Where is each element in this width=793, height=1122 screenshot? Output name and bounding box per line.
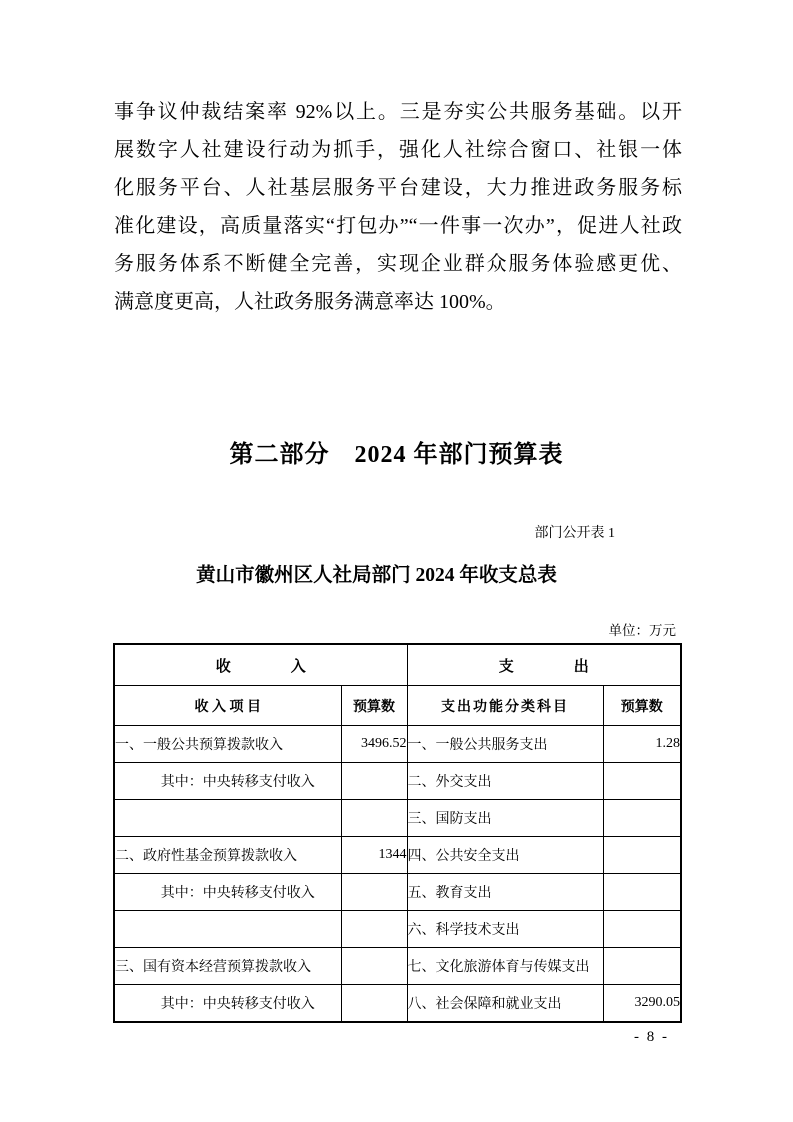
table-disclosure-label: 部门公开表 1 (535, 522, 616, 542)
expense-label-cell: 七、文化旅游体育与传媒支出 (407, 948, 603, 985)
income-value-cell (341, 874, 407, 911)
table-row: 其中：中央转移支付收入 二、外交支出 (114, 763, 681, 800)
page-number: - 8 - (634, 1029, 669, 1046)
income-label-cell: 一、一般公共预算拨款收入 (114, 726, 341, 763)
unit-note: 单位：万元 (609, 619, 677, 639)
table-row: 三、国防支出 (114, 800, 681, 837)
income-label-cell: 三、国有资本经营预算拨款收入 (114, 948, 341, 985)
expense-label-cell: 四、公共安全支出 (407, 837, 603, 874)
body-paragraph: 事争议仲裁结案率 92%以上。三是夯实公共服务基础。以开 展数字人社建设行动为抓… (114, 93, 682, 321)
paragraph-line: 化服务平台、人社基层服务平台建设，大力推进政务服务标 (114, 169, 682, 207)
income-label-cell: 其中：中央转移支付收入 (114, 985, 341, 1023)
section-heading: 第二部分 2024 年部门预算表 (0, 434, 793, 469)
paragraph-line: 展数字人社建设行动为抓手，强化人社综合窗口、社银一体 (114, 131, 682, 169)
table-row: 一、一般公共预算拨款收入 3496.52 一、一般公共服务支出 1.28 (114, 726, 681, 763)
expense-label-cell: 五、教育支出 (407, 874, 603, 911)
expense-value-cell (603, 948, 681, 985)
paragraph-line: 准化建设，高质量落实“打包办”“一件事一次办”，促进人社政 (114, 207, 682, 245)
income-label-cell: 其中：中央转移支付收入 (114, 763, 341, 800)
table-row: 其中：中央转移支付收入 八、社会保障和就业支出 3290.05 (114, 985, 681, 1023)
expense-label-cell: 三、国防支出 (407, 800, 603, 837)
income-label-cell: 其中：中央转移支付收入 (114, 874, 341, 911)
income-value-cell (341, 911, 407, 948)
expense-value-cell (603, 874, 681, 911)
income-label-cell: 二、政府性基金预算拨款收入 (114, 837, 341, 874)
expense-label-cell: 二、外交支出 (407, 763, 603, 800)
income-value-cell (341, 985, 407, 1023)
table-row: 三、国有资本经营预算拨款收入 七、文化旅游体育与传媒支出 (114, 948, 681, 985)
expense-value-cell (603, 911, 681, 948)
expense-label-cell: 一、一般公共服务支出 (407, 726, 603, 763)
expense-group-header: 支 出 (407, 644, 681, 686)
income-label-cell (114, 911, 341, 948)
paragraph-line: 务服务体系不断健全完善，实现企业群众服务体验感更优、 (114, 245, 682, 283)
expense-value-cell (603, 837, 681, 874)
income-label-cell (114, 800, 341, 837)
column-header-row: 收 入 项 目 预算数 支出功能分类科目 预算数 (114, 686, 681, 726)
table-row: 六、科学技术支出 (114, 911, 681, 948)
group-header-row: 收 入 支 出 (114, 644, 681, 686)
income-group-header: 收 入 (114, 644, 407, 686)
paragraph-line: 事争议仲裁结案率 92%以上。三是夯实公共服务基础。以开 (114, 93, 682, 131)
income-value-cell (341, 948, 407, 985)
table-row: 其中：中央转移支付收入 五、教育支出 (114, 874, 681, 911)
income-item-header: 收 入 项 目 (114, 686, 341, 726)
expense-value-cell: 3290.05 (603, 985, 681, 1023)
expense-value-cell (603, 800, 681, 837)
expense-budget-header: 预算数 (603, 686, 681, 726)
expense-label-cell: 六、科学技术支出 (407, 911, 603, 948)
income-value-cell: 1344 (341, 837, 407, 874)
budget-summary-table: 收 入 支 出 收 入 项 目 预算数 支出功能分类科目 预算数 一、一般公共预… (113, 643, 682, 1023)
income-value-cell (341, 763, 407, 800)
table-row: 二、政府性基金预算拨款收入 1344 四、公共安全支出 (114, 837, 681, 874)
expense-value-cell: 1.28 (603, 726, 681, 763)
expense-item-header: 支出功能分类科目 (407, 686, 603, 726)
income-budget-header: 预算数 (341, 686, 407, 726)
expense-value-cell (603, 763, 681, 800)
table-title: 黄山市徽州区人社局部门 2024 年收支总表 (0, 559, 753, 587)
income-value-cell (341, 800, 407, 837)
expense-label-cell: 八、社会保障和就业支出 (407, 985, 603, 1023)
income-value-cell: 3496.52 (341, 726, 407, 763)
document-page: 事争议仲裁结案率 92%以上。三是夯实公共服务基础。以开 展数字人社建设行动为抓… (0, 0, 793, 1122)
paragraph-line: 满意度更高，人社政务服务满意率达 100%。 (114, 283, 682, 321)
